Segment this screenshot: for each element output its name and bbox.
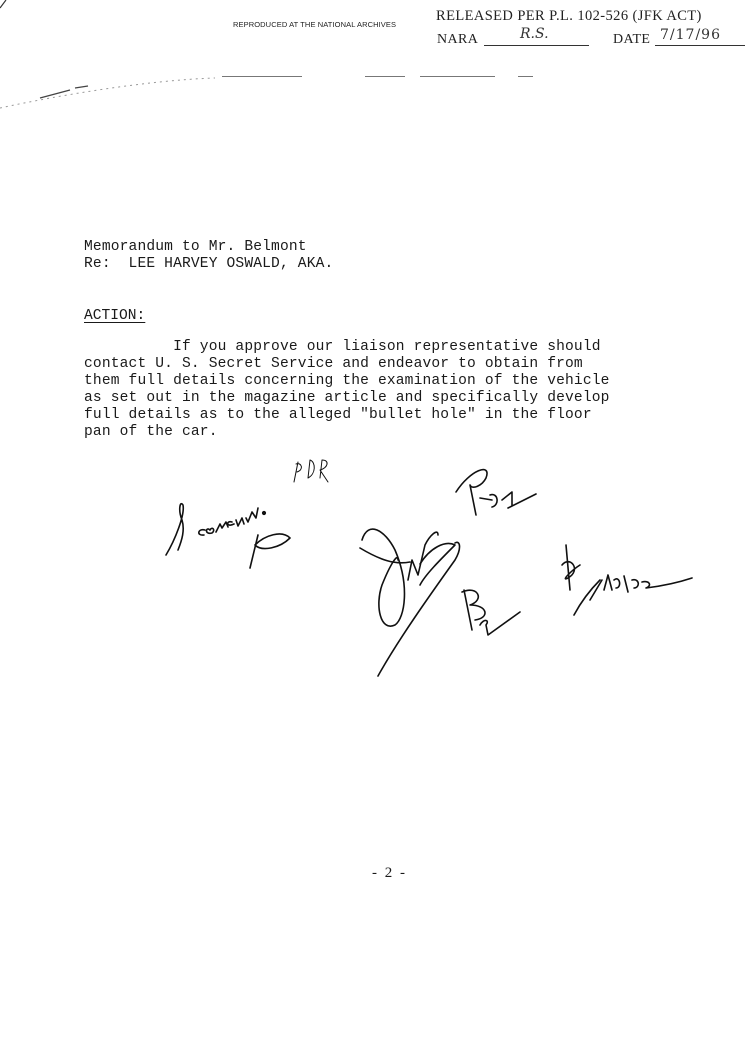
signature-jeh xyxy=(360,529,460,676)
concur-note xyxy=(166,504,265,555)
initials-rosen xyxy=(456,470,536,515)
initials-be xyxy=(462,590,520,635)
signature-deloach xyxy=(562,545,692,615)
handwritten-annotations xyxy=(0,0,750,1038)
initials-mark xyxy=(250,534,290,568)
page-number: - 2 - xyxy=(372,865,407,882)
initials-bdr xyxy=(294,460,328,482)
